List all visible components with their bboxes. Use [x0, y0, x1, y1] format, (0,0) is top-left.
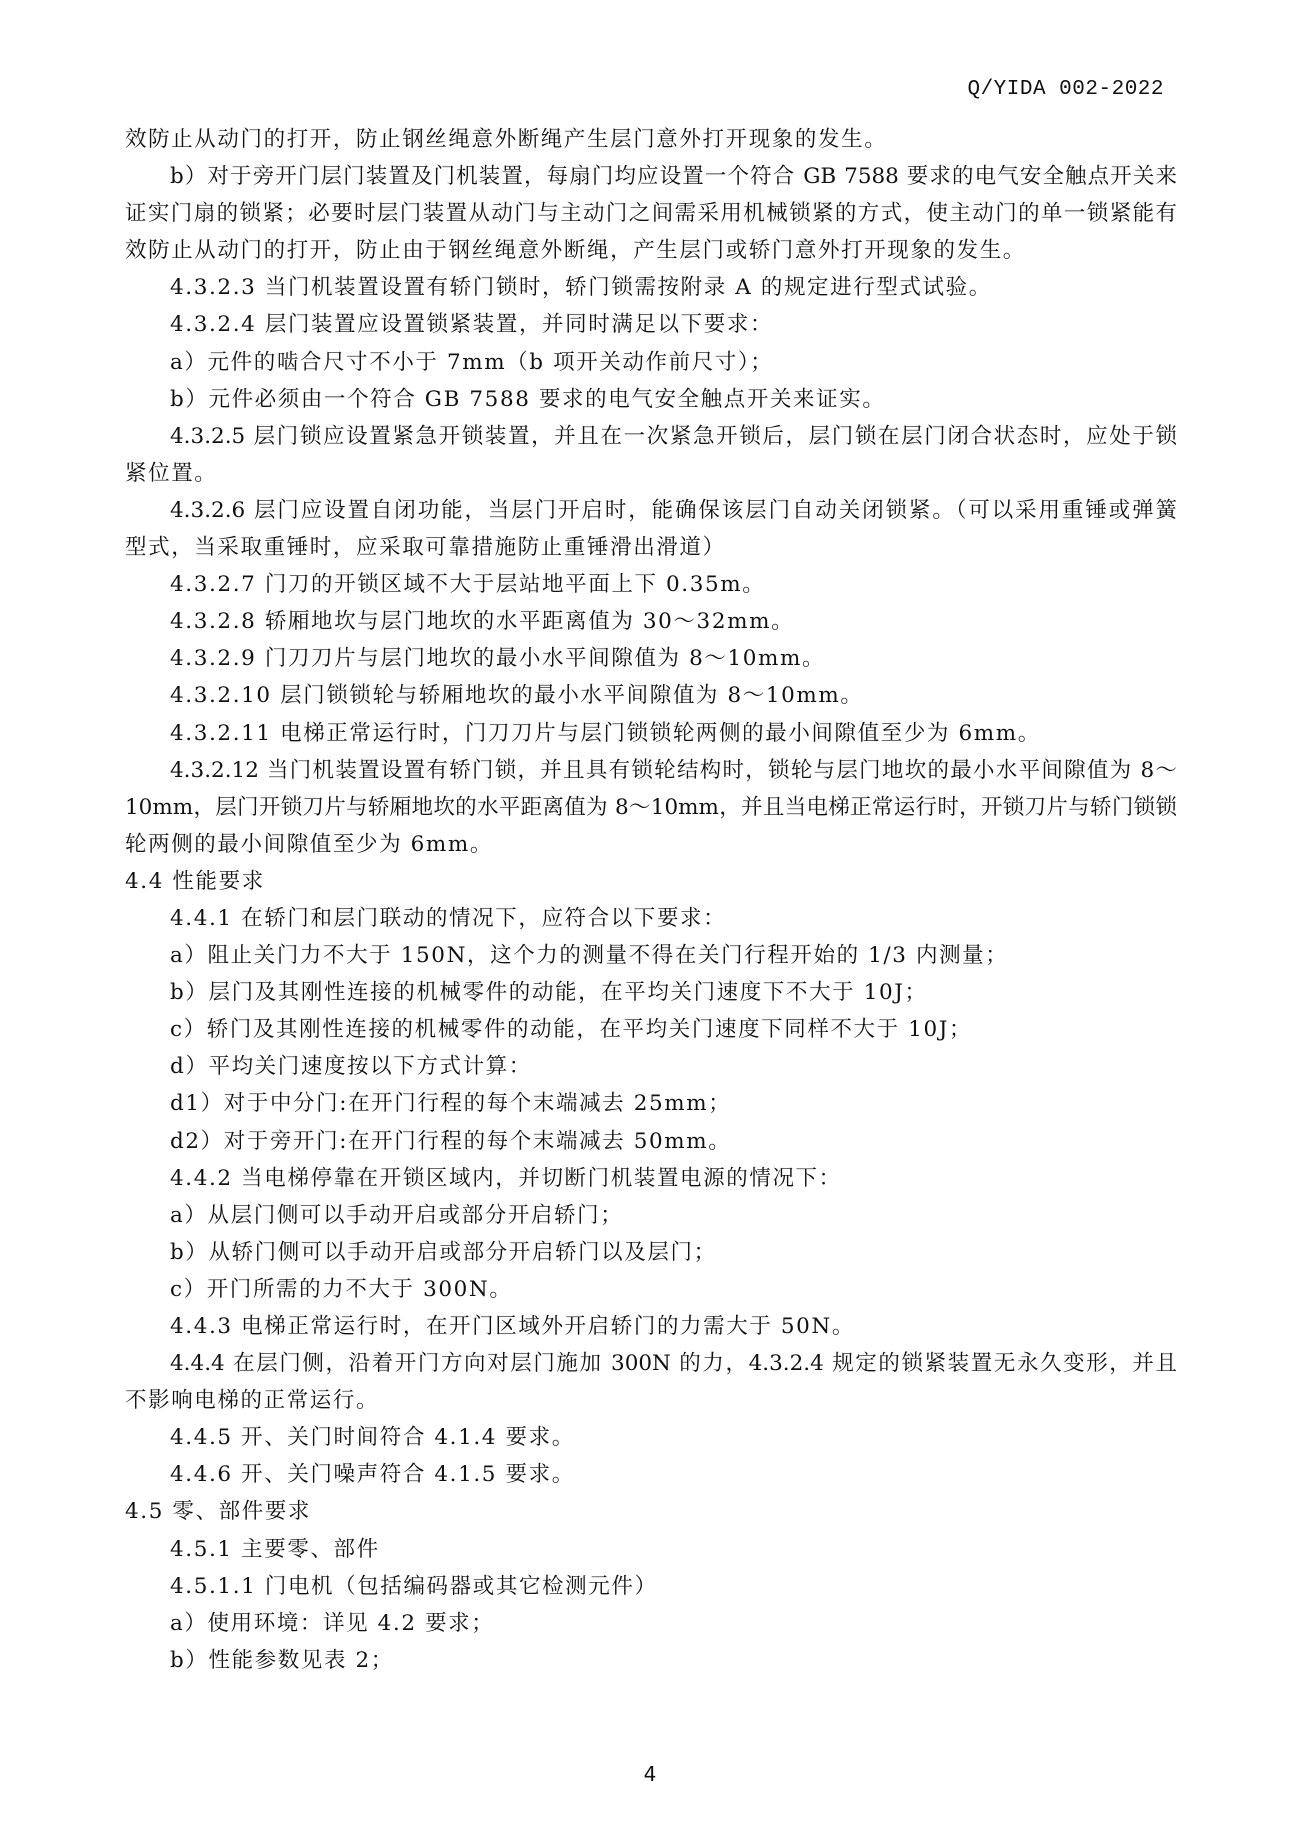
list-item: b）元件必须由一个符合 GB 7588 要求的电气安全触点开关来证实。 [125, 381, 1177, 418]
clause-4-3-2-12: 4.3.2.12 当门机装置设置有轿门锁，并且具有锁轮结构时，锁轮与层门地坎的最… [125, 752, 1177, 789]
body-line: 效防止从动门的打开，防止钢丝绳意外断绳产生层门意外打开现象的发生。 [125, 121, 1177, 158]
list-item: a）使用环境：详见 4.2 要求； [125, 1605, 1177, 1642]
clause-4-4-4: 4.4.4 在层门侧，沿着开门方向对层门施加 300N 的力，4.3.2.4 规… [125, 1345, 1177, 1382]
clause-4-3-2-9: 4.3.2.9 门刀刀片与层门地坎的最小水平间隙值为 8～10mm。 [125, 640, 1177, 677]
clause-4-3-2-5: 4.3.2.5 层门锁应设置紧急开锁装置，并且在一次紧急开锁后，层门锁在层门闭合… [125, 418, 1177, 455]
list-item: a）从层门侧可以手动开启或部分开启轿门； [125, 1197, 1177, 1234]
clause-4-4-2: 4.4.2 当电梯停靠在开锁区域内，并切断门机装置电源的情况下： [125, 1160, 1177, 1197]
section-heading-4-5: 4.5 零、部件要求 [125, 1493, 1177, 1530]
document-body: 效防止从动门的打开，防止钢丝绳意外断绳产生层门意外打开现象的发生。 b）对于旁开… [125, 121, 1177, 1679]
document-header-code: Q/YIDA 002-2022 [967, 78, 1164, 101]
section-heading-4-4: 4.4 性能要求 [125, 863, 1177, 900]
clause-4-3-2-7: 4.3.2.7 门刀的开锁区域不大于层站地平面上下 0.35m。 [125, 566, 1177, 603]
list-item: c）开门所需的力不大于 300N。 [125, 1271, 1177, 1308]
list-item: d）平均关门速度按以下方式计算： [125, 1048, 1177, 1085]
clause-4-3-2-4: 4.3.2.4 层门装置应设置锁紧装置，并同时满足以下要求： [125, 306, 1177, 343]
body-line: 10mm，层门开锁刀片与轿厢地坎的水平距离值为 8～10mm，并且当电梯正常运行… [125, 789, 1177, 826]
body-line: b）对于旁开门层门装置及门机装置，每扇门均应设置一个符合 GB 7588 要求的… [125, 158, 1177, 195]
clause-4-3-2-6: 4.3.2.6 层门应设置自闭功能，当层门开启时，能确保该层门自动关闭锁紧。（可… [125, 492, 1177, 529]
list-item: b）从轿门侧可以手动开启或部分开启轿门以及层门； [125, 1234, 1177, 1271]
clause-4-4-3: 4.4.3 电梯正常运行时，在开门区域外开启轿门的力需大于 50N。 [125, 1308, 1177, 1345]
body-line: 不影响电梯的正常运行。 [125, 1382, 1177, 1419]
list-item: a）元件的啮合尺寸不小于 7mm（b 项开关动作前尺寸）； [125, 344, 1177, 381]
clause-4-3-2-3: 4.3.2.3 当门机装置设置有轿门锁时，轿门锁需按附录 A 的规定进行型式试验… [125, 269, 1177, 306]
clause-4-4-6: 4.4.6 开、关门噪声符合 4.1.5 要求。 [125, 1456, 1177, 1493]
list-item: d2）对于旁开门:在开门行程的每个末端减去 50mm。 [125, 1123, 1177, 1160]
body-line: 型式，当采取重锤时，应采取可靠措施防止重锤滑出滑道） [125, 529, 1177, 566]
clause-4-3-2-10: 4.3.2.10 层门锁锁轮与轿厢地坎的最小水平间隙值为 8～10mm。 [125, 677, 1177, 714]
clause-4-4-5: 4.4.5 开、关门时间符合 4.1.4 要求。 [125, 1419, 1177, 1456]
clause-4-5-1-1: 4.5.1.1 门电机（包括编码器或其它检测元件） [125, 1568, 1177, 1605]
clause-4-5-1: 4.5.1 主要零、部件 [125, 1531, 1177, 1568]
clause-4-3-2-8: 4.3.2.8 轿厢地坎与层门地坎的水平距离值为 30～32mm。 [125, 603, 1177, 640]
body-line: 轮两侧的最小间隙值至少为 6mm。 [125, 826, 1177, 863]
list-item: a）阻止关门力不大于 150N，这个力的测量不得在关门行程开始的 1/3 内测量… [125, 937, 1177, 974]
list-item: b）层门及其刚性连接的机械零件的动能，在平均关门速度下不大于 10J； [125, 974, 1177, 1011]
list-item: d1）对于中分门:在开门行程的每个末端减去 25mm； [125, 1085, 1177, 1122]
clause-4-4-1: 4.4.1 在轿门和层门联动的情况下，应符合以下要求： [125, 900, 1177, 937]
page-number: 4 [0, 1762, 1300, 1786]
clause-4-3-2-11: 4.3.2.11 电梯正常运行时，门刀刀片与层门锁锁轮两侧的最小间隙值至少为 6… [125, 715, 1177, 752]
list-item: b）性能参数见表 2； [125, 1642, 1177, 1679]
body-line: 证实门扇的锁紧；必要时层门装置从动门与主动门之间需采用机械锁紧的方式，使主动门的… [125, 195, 1177, 232]
body-line: 效防止从动门的打开，防止由于钢丝绳意外断绳，产生层门或轿门意外打开现象的发生。 [125, 232, 1177, 269]
list-item: c）轿门及其刚性连接的机械零件的动能，在平均关门速度下同样不大于 10J； [125, 1011, 1177, 1048]
body-line: 紧位置。 [125, 455, 1177, 492]
